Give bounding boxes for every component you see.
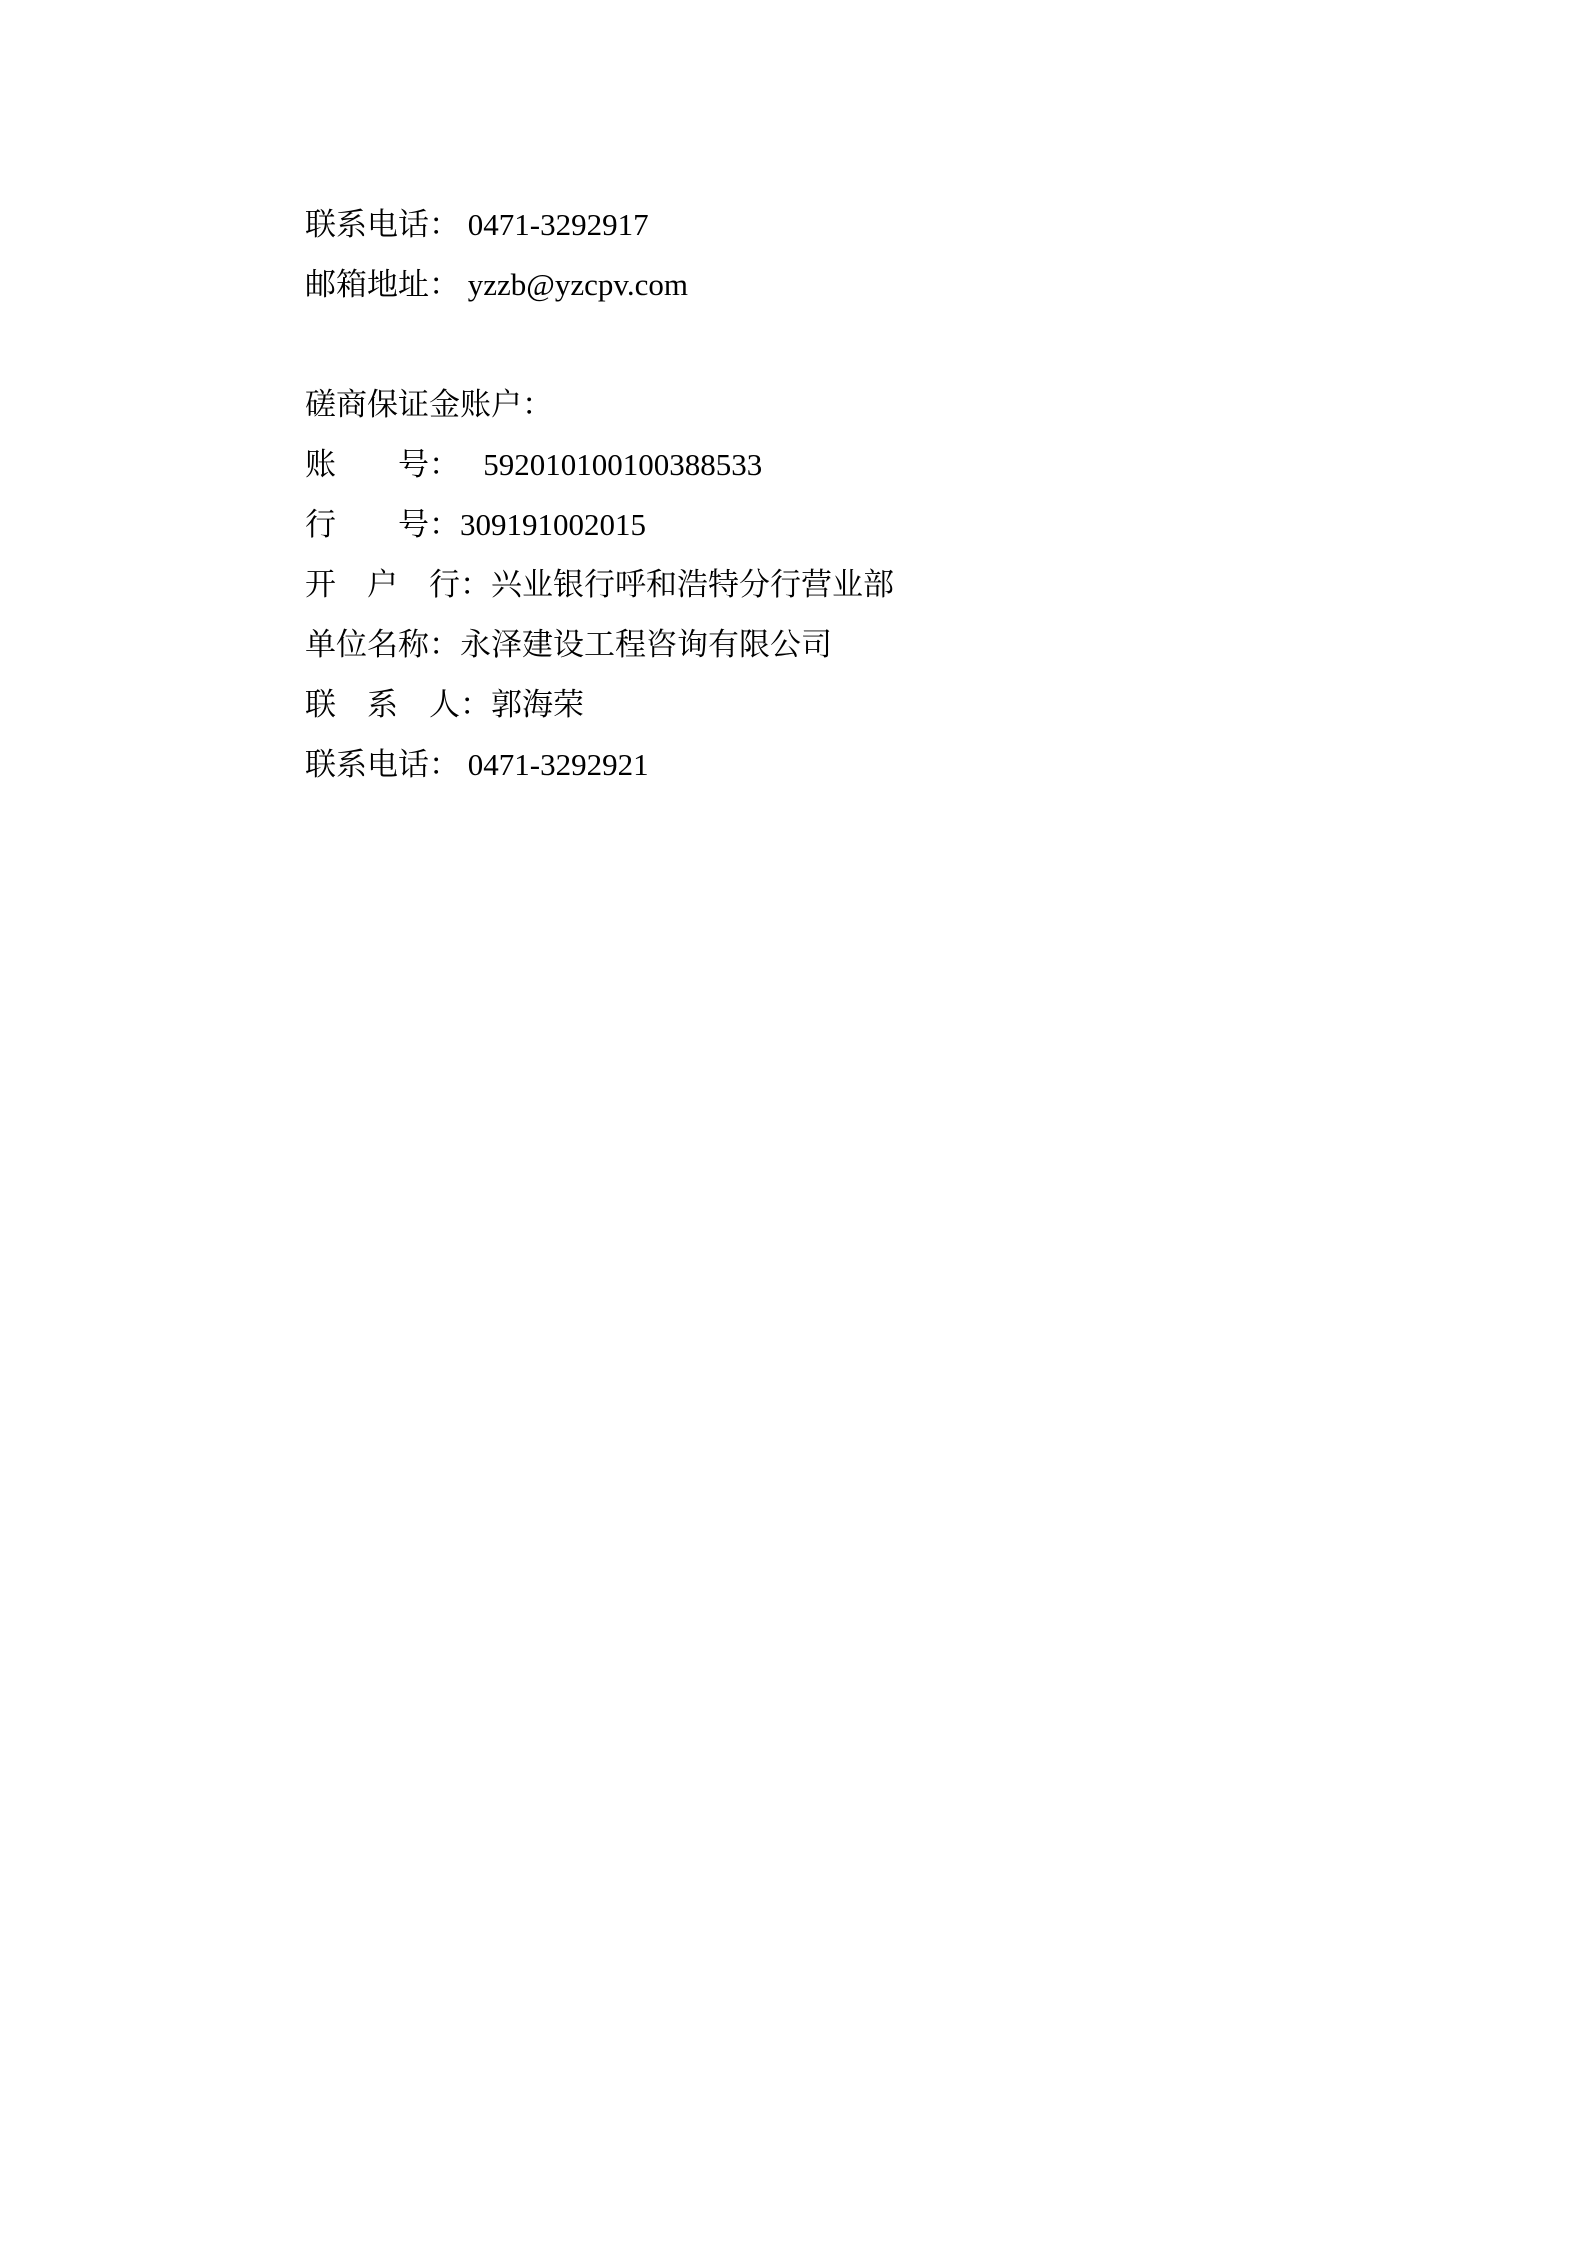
contact-person-line: 联 系 人：郭海荣 — [305, 675, 1467, 735]
bank-number-line: 行 号：309191002015 — [305, 495, 1467, 555]
deposit-account-heading: 磋商保证金账户： — [305, 375, 1467, 435]
company-name-line: 单位名称：永泽建设工程咨询有限公司 — [305, 615, 1467, 675]
contact-phone-line-bottom: 联系电话： 0471-3292921 — [305, 735, 1467, 795]
document-body: 联系电话： 0471-3292917 邮箱地址： yzzb@yzcpv.com … — [305, 195, 1467, 795]
blank-line — [305, 315, 1467, 375]
account-number-line: 账 号： 592010100100388533 — [305, 435, 1467, 495]
contact-phone-line: 联系电话： 0471-3292917 — [305, 195, 1467, 255]
document-page: 联系电话： 0471-3292917 邮箱地址： yzzb@yzcpv.com … — [0, 0, 1587, 2245]
bank-branch-line: 开 户 行：兴业银行呼和浩特分行营业部 — [305, 555, 1467, 615]
email-address-line: 邮箱地址： yzzb@yzcpv.com — [305, 255, 1467, 315]
